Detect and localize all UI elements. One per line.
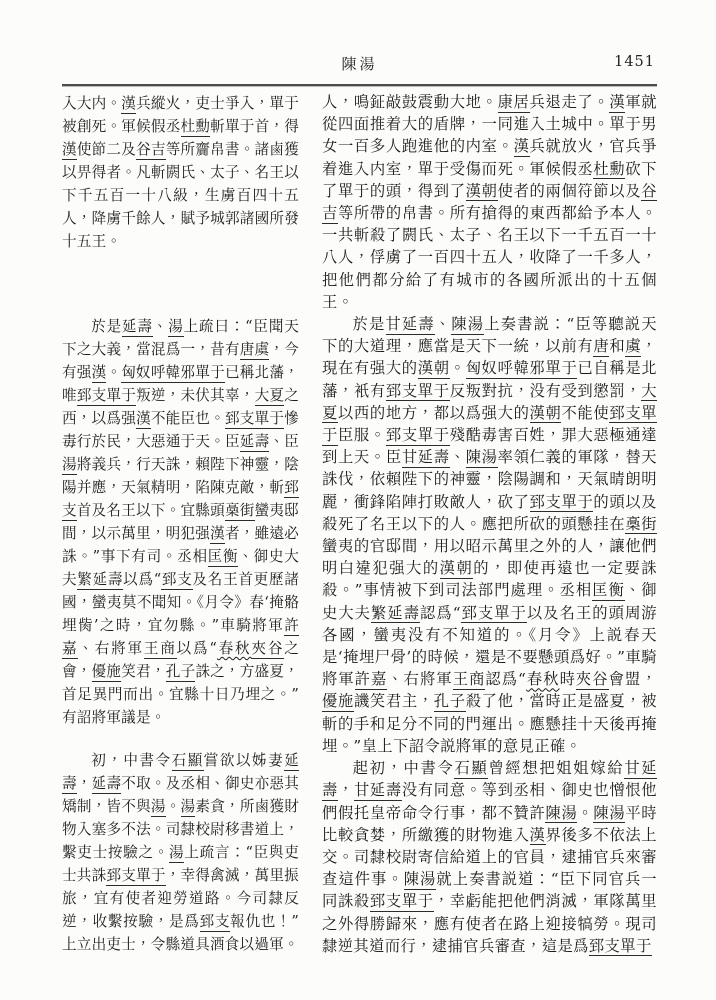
column-translation-text: 人，鳴鉦敲鼓震動大地。康居兵退走了。漢軍就從四面推着大的盾牌，一同進入土城中。單…: [322, 91, 657, 957]
proper-noun-mark: 夾谷: [576, 670, 609, 690]
proper-noun-mark: 延壽: [92, 775, 122, 794]
proper-noun-mark: 漢朝: [530, 404, 562, 424]
proper-noun-mark: 湯: [168, 318, 183, 337]
proper-noun-mark: 康居: [498, 93, 530, 113]
proper-noun-mark: 槀街: [625, 515, 657, 535]
proper-noun-mark: 郅支單于: [106, 867, 165, 886]
proper-noun-mark: 甘延壽: [402, 448, 450, 468]
proper-noun-mark: 湯: [62, 456, 77, 475]
proper-noun-mark: 優施: [92, 663, 122, 682]
proper-noun-mark: 郅支單于: [77, 387, 136, 406]
proper-noun-mark: 郅支: [161, 571, 192, 590]
proper-noun-mark: 陳湯: [404, 870, 437, 890]
proper-noun-mark: 匡衡: [208, 548, 239, 567]
proper-noun-mark: 許嘉: [355, 670, 388, 690]
proper-noun-mark: 唐虞: [240, 341, 270, 360]
book-title-mark: 春秋: [217, 640, 251, 657]
proper-noun-mark: 王商: [453, 670, 486, 690]
proper-noun-mark: 漢: [514, 137, 530, 157]
translation-paragraph-1: 人，鳴鉦敲鼓震動大地。康居兵退走了。漢軍就從四面推着大的盾牌，一同進入土城中。單…: [322, 91, 657, 313]
proper-noun-mark: 呼韓邪單于: [498, 359, 578, 379]
proper-noun-mark: 延壽: [240, 433, 270, 452]
proper-noun-mark: 虞: [625, 337, 641, 357]
proper-noun-mark: 郅支單于: [225, 410, 284, 429]
proper-noun-mark: 湯: [169, 844, 184, 863]
proper-noun-mark: 匈奴: [466, 359, 498, 379]
proper-noun-mark: 郅支單于: [386, 426, 450, 446]
proper-noun-mark: 湯: [181, 798, 196, 817]
proper-noun-mark: 杜勳: [181, 118, 211, 137]
running-title: 陳湯: [62, 53, 657, 74]
proper-noun-mark: 漢朝: [418, 359, 450, 379]
translation-paragraph-2: 於是甘延壽、陳湯上奏書説：“臣等聽説天下的大道理，應當是天下一統，以前有唐和虞，…: [322, 313, 657, 757]
proper-noun-mark: 王商: [144, 640, 177, 659]
proper-noun-mark: 孔子: [434, 692, 466, 712]
proper-noun-mark: 漢: [136, 410, 151, 429]
proper-noun-mark: 大夏: [255, 387, 285, 406]
proper-noun-mark: 漢朝: [440, 559, 474, 579]
proper-noun-mark: 谷吉: [136, 141, 166, 160]
proper-noun-mark: 郅支單于: [530, 493, 594, 513]
proper-noun-mark: 郅支單于: [589, 937, 652, 957]
proper-noun-mark: 漢: [609, 93, 625, 113]
page-number: 1451: [614, 54, 655, 70]
proper-noun-mark: 甘延壽: [386, 315, 435, 335]
proper-noun-mark: 杜勳: [593, 160, 625, 180]
proper-noun-mark: 優施: [322, 692, 354, 712]
proper-noun-mark: 漢: [62, 141, 77, 160]
proper-noun-mark: 繁延壽: [371, 604, 420, 624]
proper-noun-mark: 漢: [121, 95, 136, 114]
translation-paragraph-3: 起初，中書令石顯曾經想把姐姐嫁給甘延壽，甘延壽没有同意。等到丞相、御史也憎恨他們…: [322, 757, 657, 957]
column-classical-text: 入大内。漢兵縱火，吏士爭入，單于被創死。軍候假丞杜勳斬單于首，得漢使節二及谷吉等…: [62, 92, 299, 956]
proper-noun-mark: 陳湯: [593, 804, 625, 824]
proper-noun-mark: 郅支單于: [322, 404, 657, 446]
proper-noun-mark: 甘延壽: [354, 781, 402, 801]
proper-noun-mark: 郅支單于: [461, 604, 527, 624]
proper-noun-mark: 陳湯: [545, 804, 577, 824]
proper-noun-mark: 匈奴: [121, 364, 151, 383]
proper-noun-mark: 槀街: [225, 502, 255, 521]
classical-paragraph-2: 於是延壽、湯上疏曰：“臣聞天下之大義，當混爲一，昔有唐虞，今有强漢。匈奴呼韓邪單…: [62, 315, 299, 729]
classical-paragraph-1: 入大内。漢兵縱火，吏士爭入，單于被創死。軍候假丞杜勳斬單于首，得漢使節二及谷吉等…: [62, 92, 299, 253]
proper-noun-mark: 匡衡: [592, 581, 625, 601]
header-rule: [62, 84, 657, 87]
page-header: 陳湯 1451: [62, 53, 657, 77]
proper-noun-mark: 郅支: [62, 479, 299, 521]
proper-noun-mark: 郅支單于: [386, 382, 450, 402]
proper-noun-mark: 郅支: [200, 913, 231, 932]
proper-noun-mark: 郅支單于: [370, 892, 434, 912]
classical-paragraph-3: 初，中書令石顯嘗欲以姊妻延壽，延壽不取。及丞相、御史亦惡其矯制，皆不與湯。湯素貪…: [62, 749, 299, 956]
proper-noun-mark: 繁延壽: [77, 571, 123, 590]
proper-noun-mark: 石顯: [454, 759, 488, 779]
proper-noun-mark: 湯: [151, 798, 166, 817]
proper-noun-mark: 漢: [210, 525, 225, 544]
proper-noun-mark: 漢: [92, 364, 107, 383]
proper-noun-mark: 孔子: [166, 663, 196, 682]
book-page: 陳湯 1451 入大内。漢兵縱火，吏士爭入，單于被創死。軍候假丞杜勳斬單于首，得…: [0, 0, 716, 1000]
proper-noun-mark: 唐: [593, 337, 609, 357]
proper-noun-mark: 呼韓邪單于: [151, 364, 225, 383]
proper-noun-mark: 延壽: [122, 318, 153, 337]
proper-noun-mark: 漢朝: [466, 182, 498, 202]
proper-noun-mark: 陳湯: [451, 315, 484, 335]
proper-noun-mark: 漢: [530, 826, 546, 846]
proper-noun-mark: 夾谷: [251, 640, 284, 659]
book-title-mark: 春秋: [526, 670, 559, 688]
proper-noun-mark: 陳湯: [466, 448, 498, 468]
proper-noun-mark: 大夏: [322, 382, 657, 424]
proper-noun-mark: 石顯: [172, 752, 204, 771]
